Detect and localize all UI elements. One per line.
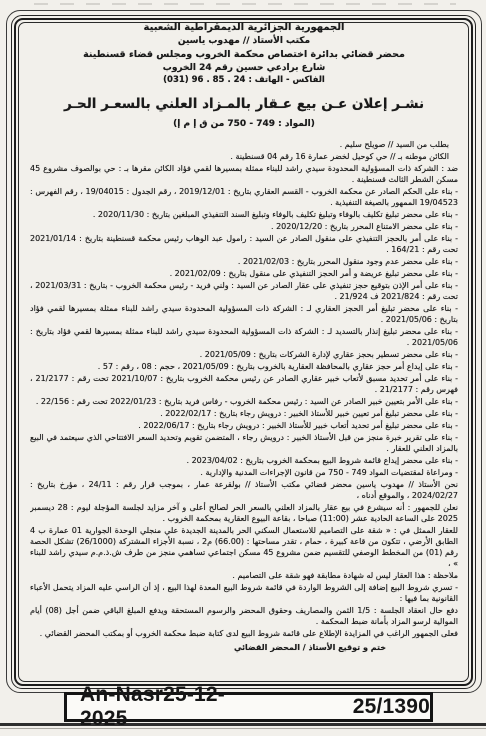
body-paragraph: - بناء على الحكم الصادر عن محكمة الخروب … [30, 186, 458, 208]
body-paragraph: ملاحظة : هذا العقار ليس له شهادة مطابقة … [30, 570, 458, 581]
body-paragraph: - بناء على محضر تسطير بحجز عقاري لإدارة … [30, 349, 458, 360]
body-paragraph: - بناء على محضر عدم وجود منقول المحرر بت… [30, 256, 458, 267]
body-paragraph: الكائن موطنه بـ // حي كوحيل لخضر عمارة 1… [30, 151, 458, 162]
document-header: الجمهورية الجزائرية الديمقراطية الشعبية … [30, 22, 458, 85]
body-paragraph: فعلى الجمهور الراغب في المزايدة الإطلاع … [30, 628, 458, 639]
body-paragraph: - بناء على محضر تبليغ أمر الحجز العقاري … [30, 303, 458, 325]
body-paragraph: - بناء على محضر تبليغ أمر تحديد أتعاب خب… [30, 420, 458, 431]
body-paragraph: للعقار الممثل في : « شقة على التصاميم لل… [30, 525, 458, 569]
body-paragraph: - بناء على محضر تبليغ عريضة و أمر الحجز … [30, 268, 458, 279]
body-paragraph: - بناء على أمر تحديد مسبق لأتعاب خبير عق… [30, 373, 458, 395]
notice-body: بطلب من السيد // صويلح سليم . الكائن موط… [30, 139, 458, 653]
body-paragraph: - بناء على إيداع أمر حجز عقاري بالمحافظة… [30, 361, 458, 372]
notice-legal-articles: (المواد : 749 - 750 من ق إ م إ) [30, 119, 458, 129]
body-paragraph: - بناء على الأمر بتعيين خبير الصادر عن ا… [30, 396, 458, 407]
body-paragraph: - بناء على محضر الامتناع المحرر بتاريخ :… [30, 221, 458, 232]
body-paragraph: - بناء على أمر الإذن بتوقيع حجز تنفيذي ع… [30, 280, 458, 302]
body-paragraph: - ومراعاة لمقتضيات المواد 749 - 750 من ق… [30, 467, 458, 478]
office-phone-fax: الفاكس - الهاتف : 24 . 85 . 96 (031) [30, 75, 458, 85]
scan-artifact-line [34, 3, 456, 5]
bailiff-jurisdiction: محضر قضائي بدائرة اختصاص محكمة الخروب وم… [30, 49, 458, 60]
body-paragraph: - بناء على محضر إيداع قائمة شروط البيع ب… [30, 455, 458, 466]
body-paragraph: - بناء على محضر تبليغ إنذار بالتسديد لـ … [30, 326, 458, 348]
newspaper-name-date: An-Nasr25-12-2025 [80, 683, 267, 731]
bailiff-office-name: مكتب الأستاذ // مهدوب ياسين [30, 36, 458, 46]
document-content: الجمهورية الجزائرية الديمقراطية الشعبية … [30, 22, 458, 684]
body-paragraph: نعلن للجمهور : أنه سيشرع في بيع عقار بال… [30, 502, 458, 524]
office-address: شارع برادعي حسين رقم 24 الخروب [30, 63, 458, 73]
body-paragraph: دفع حال انعقاد الجلسة : 1/5 الثمن والمصا… [30, 605, 458, 627]
body-paragraph: - بناء على تقرير خبرة منجز من قبل الأستا… [30, 432, 458, 454]
body-paragraph: - بناء على محضر تبليغ تكليف بالوفاء وتبل… [30, 209, 458, 220]
scanned-legal-notice-page: الجمهورية الجزائرية الديمقراطية الشعبية … [0, 0, 486, 736]
body-paragraph: - تسري شروط البيع إضافة إلى الشروط الوار… [30, 582, 458, 604]
newspaper-footer-stamp: An-Nasr25-12-2025 25/1390 [64, 692, 433, 722]
page-issue-number: 25/1390 [353, 695, 430, 719]
notice-title-block: نشـر إعلان عـن بيع عـقار بالمـزاد العلني… [30, 96, 458, 129]
republic-title: الجمهورية الجزائرية الديمقراطية الشعبية [30, 22, 458, 33]
body-paragraph: - بناء على محضر تبليغ أمر تعيين خبير للأ… [30, 408, 458, 419]
notice-title: نشـر إعلان عـن بيع عـقار بالمـزاد العلني… [30, 96, 458, 112]
body-paragraph: ضد : الشركة ذات المسؤولية المحدودة سيدي … [30, 163, 458, 185]
body-paragraph: بطلب من السيد // صويلح سليم . [30, 139, 458, 150]
body-paragraph: - بناء على أمر بالحجز التنفيذي على منقول… [30, 233, 458, 255]
signature-stamp-line: ختم و توقيع الأستاذ / المحضر القضائي [30, 642, 458, 653]
body-paragraph: نحن الأستاذ // مهدوب ياسين محضر قضائي مك… [30, 479, 458, 501]
